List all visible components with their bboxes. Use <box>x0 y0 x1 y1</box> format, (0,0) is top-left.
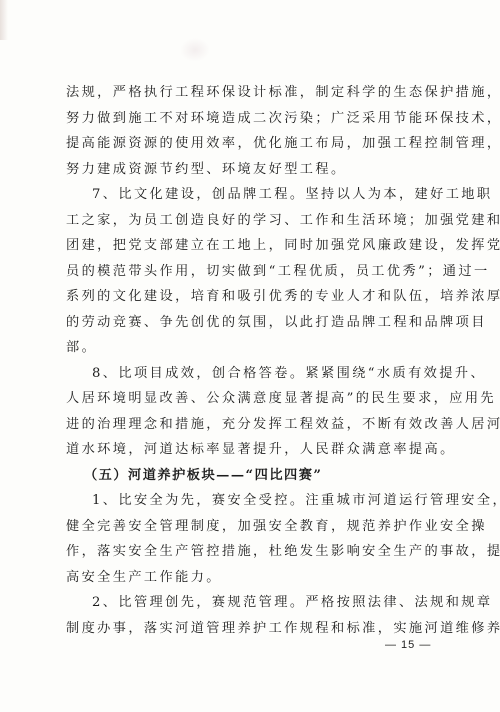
text-line: 团建，把党支部建立在工地上，同时加强党风廉政建设，发挥党 <box>66 233 446 259</box>
paragraph-start-8: 8、比项目成效，创合格答卷。紧紧围绕“水质有效提升、 <box>66 361 446 387</box>
text-line: 高安全生产工作能力。 <box>66 565 446 591</box>
document-body: 法规，严格执行工程环保设计标准，制定科学的生态保护措施， 努力做到施工不对环境造… <box>66 80 446 641</box>
text-line: 工之家，为员工创造良好的学习、工作和生活环境；加强党建和 <box>66 208 446 234</box>
text-line: 作，落实安全生产管控措施，杜绝发生影响安全生产的事故，提 <box>66 539 446 565</box>
text-line: 道水环境，河道达标率显著提升，人民群众满意率提高。 <box>66 437 446 463</box>
text-line: 人居环境明显改善、公众满意度显著提高”的民生要求，应用先 <box>66 386 446 412</box>
section-heading: （五）河道养护板块——“四比四赛” <box>66 463 446 489</box>
scan-edge-shadow <box>0 0 8 40</box>
text-line: 制度办事，落实河道管理养护工作规程和标准，实施河道维修养 <box>66 616 446 642</box>
text-line: 法规，严格执行工程环保设计标准，制定科学的生态保护措施， <box>66 80 446 106</box>
text-line: 努力建成资源节约型、环境友好型工程。 <box>66 157 446 183</box>
text-line: 部。 <box>66 335 446 361</box>
text-line: 员的模范带头作用，切实做到“工程优质，员工优秀”；通过一 <box>66 259 446 285</box>
text-line: 系列的文化建设，培育和吸引优秀的专业人才和队伍，培养浓厚 <box>66 284 446 310</box>
text-line: 提高能源资源的使用效率，优化施工布局，加强工程控制管理， <box>66 131 446 157</box>
text-line: 进的治理理念和措施，充分发挥工程效益，不断有效改善人居河 <box>66 412 446 438</box>
text-line: 的劳动竞赛、争先创优的氛围，以此打造品牌工程和品牌项目 <box>66 310 446 336</box>
text-line: 健全完善安全管理制度，加强安全教育，规范养护作业安全操 <box>66 514 446 540</box>
paragraph-start-2: 2、比管理创先，赛规范管理。严格按照法律、法规和规章 <box>66 590 446 616</box>
scan-smudge <box>180 38 210 62</box>
paragraph-start-1: 1、比安全为先，赛安全受控。注重城市河道运行管理安全， <box>66 488 446 514</box>
page-number: — 15 — <box>385 639 431 651</box>
text-line: 努力做到施工不对环境造成二次污染；广泛采用节能环保技术， <box>66 106 446 132</box>
paragraph-start-7: 7、比文化建设，创品牌工程。坚持以人为本，建好工地职 <box>66 182 446 208</box>
